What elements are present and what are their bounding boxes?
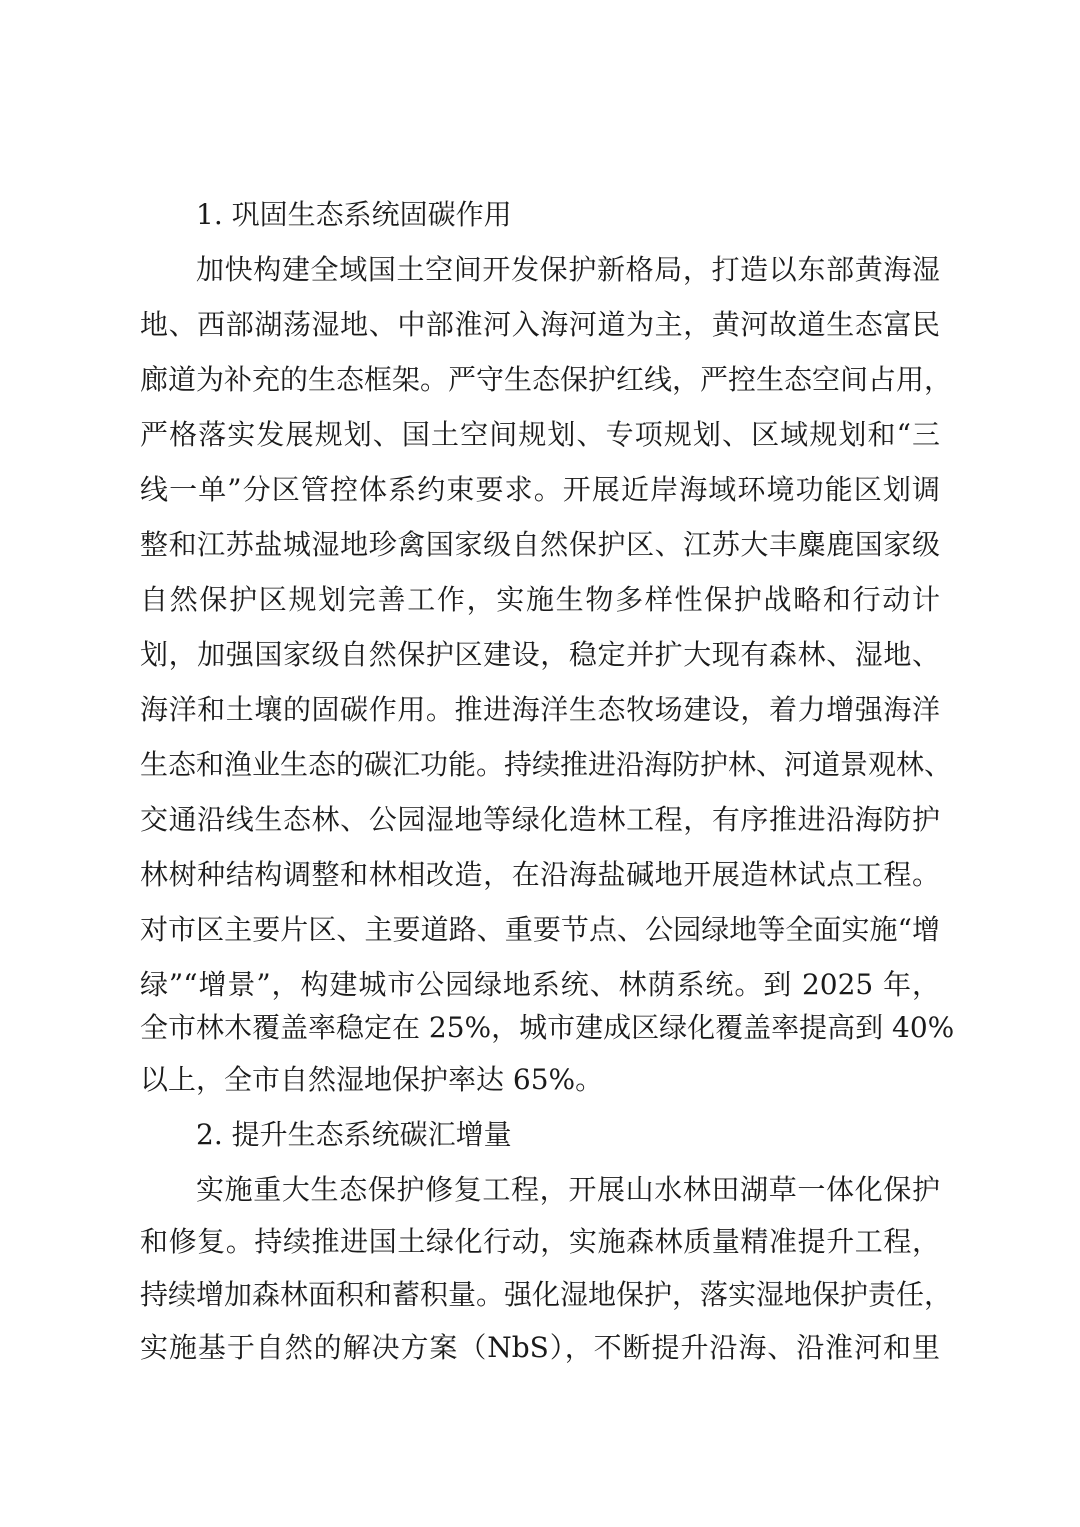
paragraph-line: 对市区主要片区、主要道路、重要节点、公园绿地等全面实施“增 bbox=[140, 910, 940, 950]
section-heading-1: 1. 巩固生态系统固碳作用 bbox=[196, 195, 940, 235]
paragraph-line: 和修复。持续推进国土绿化行动，实施森林质量精准提升工程， bbox=[140, 1222, 940, 1262]
paragraph-line: 实施基于自然的解决方案（NbS），不断提升沿海、沿淮河和里 bbox=[140, 1328, 940, 1368]
paragraph-line-last: 以上，全市自然湿地保护率达 65%。 bbox=[140, 1060, 940, 1100]
paragraph-line: 海洋和土壤的固碳作用。推进海洋生态牧场建设，着力增强海洋 bbox=[140, 690, 940, 730]
paragraph-line: 林树种结构调整和林相改造，在沿海盐碱地开展造林试点工程。 bbox=[140, 855, 940, 895]
paragraph-line: 持续增加森林面积和蓄积量。强化湿地保护，落实湿地保护责任， bbox=[140, 1275, 940, 1315]
paragraph-line: 划，加强国家级自然保护区建设，稳定并扩大现有森林、湿地、 bbox=[140, 635, 940, 675]
paragraph-line: 全市林木覆盖率稳定在 25%，城市建成区绿化覆盖率提高到 40% bbox=[140, 1008, 940, 1048]
paragraph-line: 线一单”分区管控体系约束要求。开展近岸海域环境功能区划调 bbox=[140, 470, 940, 510]
paragraph-line: 加快构建全域国土空间开发保护新格局，打造以东部黄海湿 bbox=[196, 250, 940, 290]
paragraph-line: 廊道为补充的生态框架。严守生态保护红线，严控生态空间占用， bbox=[140, 360, 940, 400]
paragraph-line: 绿”“增景”，构建城市公园绿地系统、林荫系统。到 2025 年， bbox=[140, 965, 940, 1005]
paragraph-line: 交通沿线生态林、公园湿地等绿化造林工程，有序推进沿海防护 bbox=[140, 800, 940, 840]
paragraph-line: 整和江苏盐城湿地珍禽国家级自然保护区、江苏大丰麋鹿国家级 bbox=[140, 525, 940, 565]
paragraph-line: 自然保护区规划完善工作，实施生物多样性保护战略和行动计 bbox=[140, 580, 940, 620]
paragraph-line: 严格落实发展规划、国土空间规划、专项规划、区域规划和“三 bbox=[140, 415, 940, 455]
document-page: 1. 巩固生态系统固碳作用 加快构建全域国土空间开发保护新格局，打造以东部黄海湿… bbox=[0, 0, 1080, 1527]
section-heading-2: 2. 提升生态系统碳汇增量 bbox=[196, 1115, 940, 1155]
paragraph-line: 生态和渔业生态的碳汇功能。持续推进沿海防护林、河道景观林、 bbox=[140, 745, 940, 785]
paragraph-line: 地、西部湖荡湿地、中部淮河入海河道为主，黄河故道生态富民 bbox=[140, 305, 940, 345]
paragraph-line: 实施重大生态保护修复工程，开展山水林田湖草一体化保护 bbox=[196, 1170, 940, 1210]
